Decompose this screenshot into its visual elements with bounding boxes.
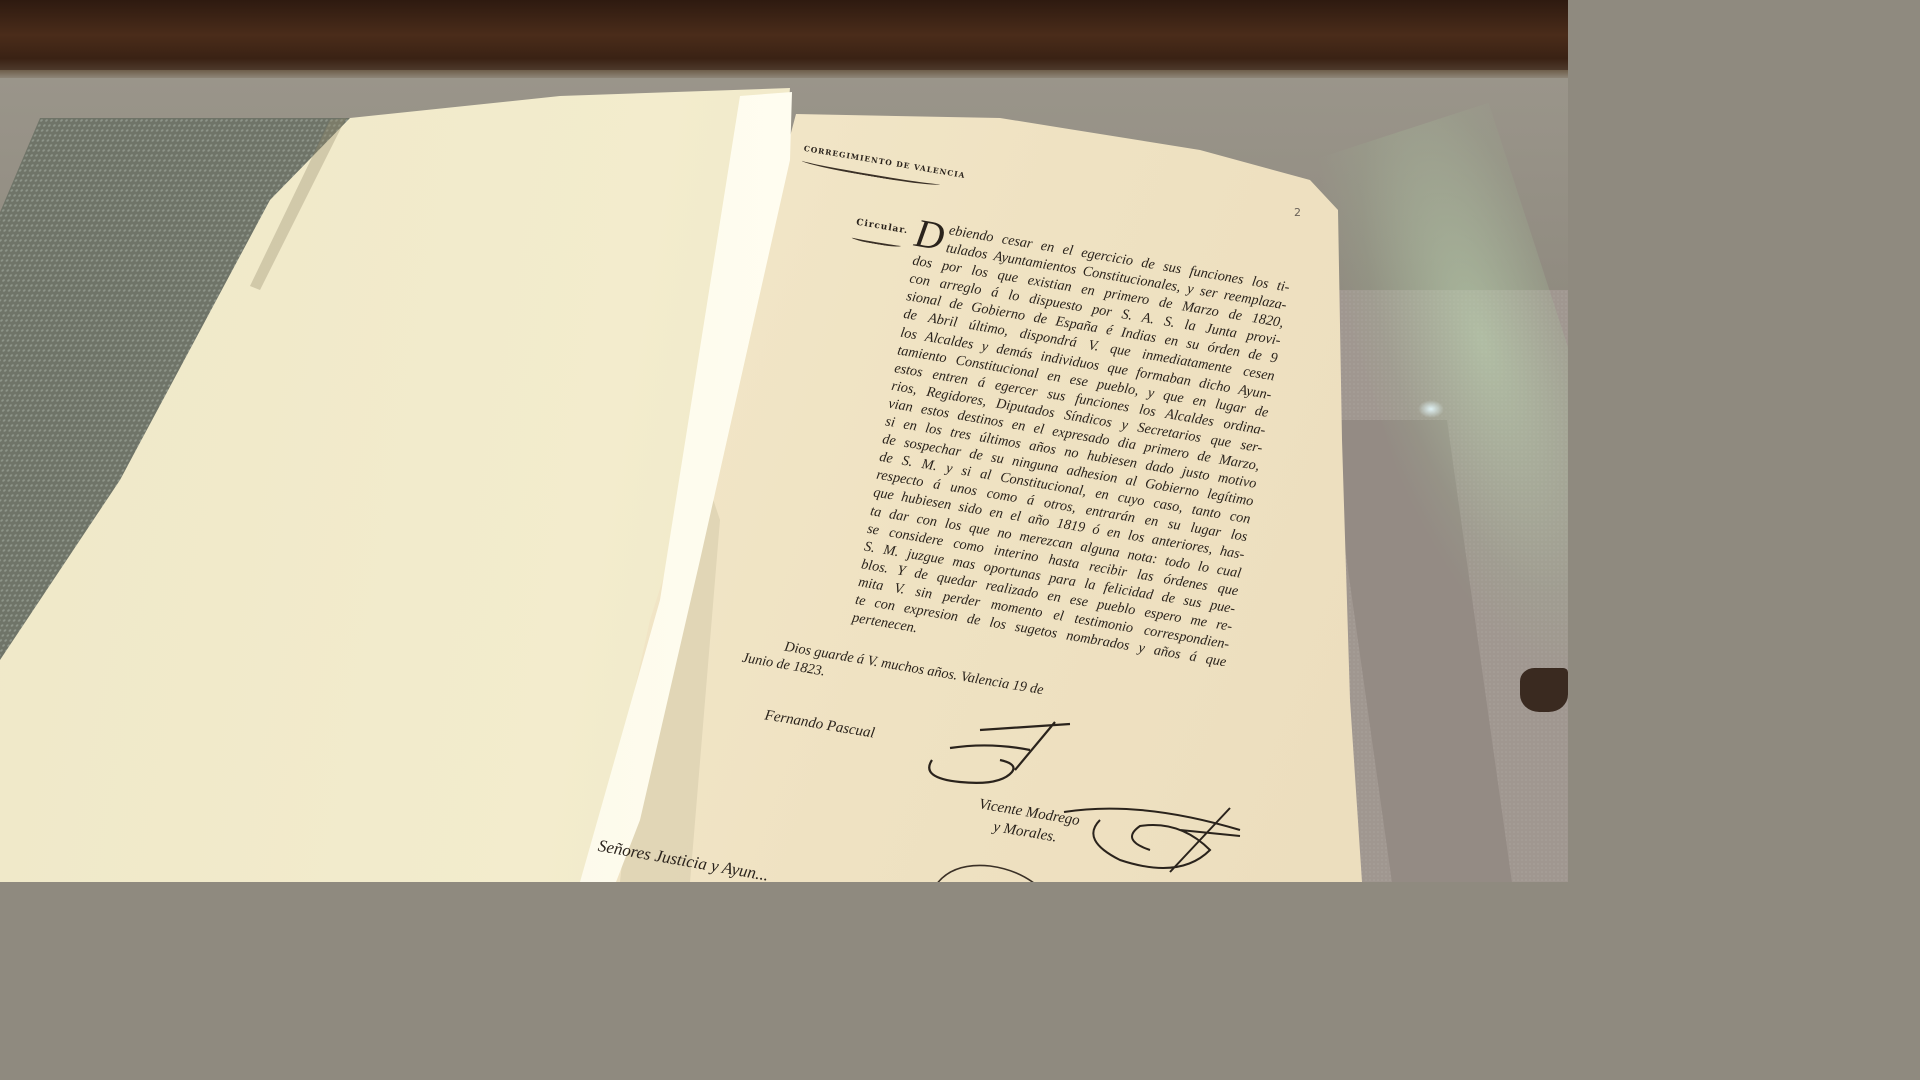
body-lines: ebiendo cesar en el egercicio de sus fun… <box>851 216 1291 689</box>
page-number: 2 <box>1294 206 1301 219</box>
drop-cap: D <box>913 216 947 254</box>
signature-flourish-modrego <box>1060 800 1260 880</box>
signature-flourish-pascual <box>920 720 1090 790</box>
display-case-wood-frame <box>0 0 1568 78</box>
dark-object <box>1520 668 1568 712</box>
document-body: D ebiendo cesar en el egercicio de sus f… <box>851 216 1291 689</box>
signature-flourish-partial <box>930 860 1050 882</box>
glass-light-spot <box>1418 400 1444 418</box>
